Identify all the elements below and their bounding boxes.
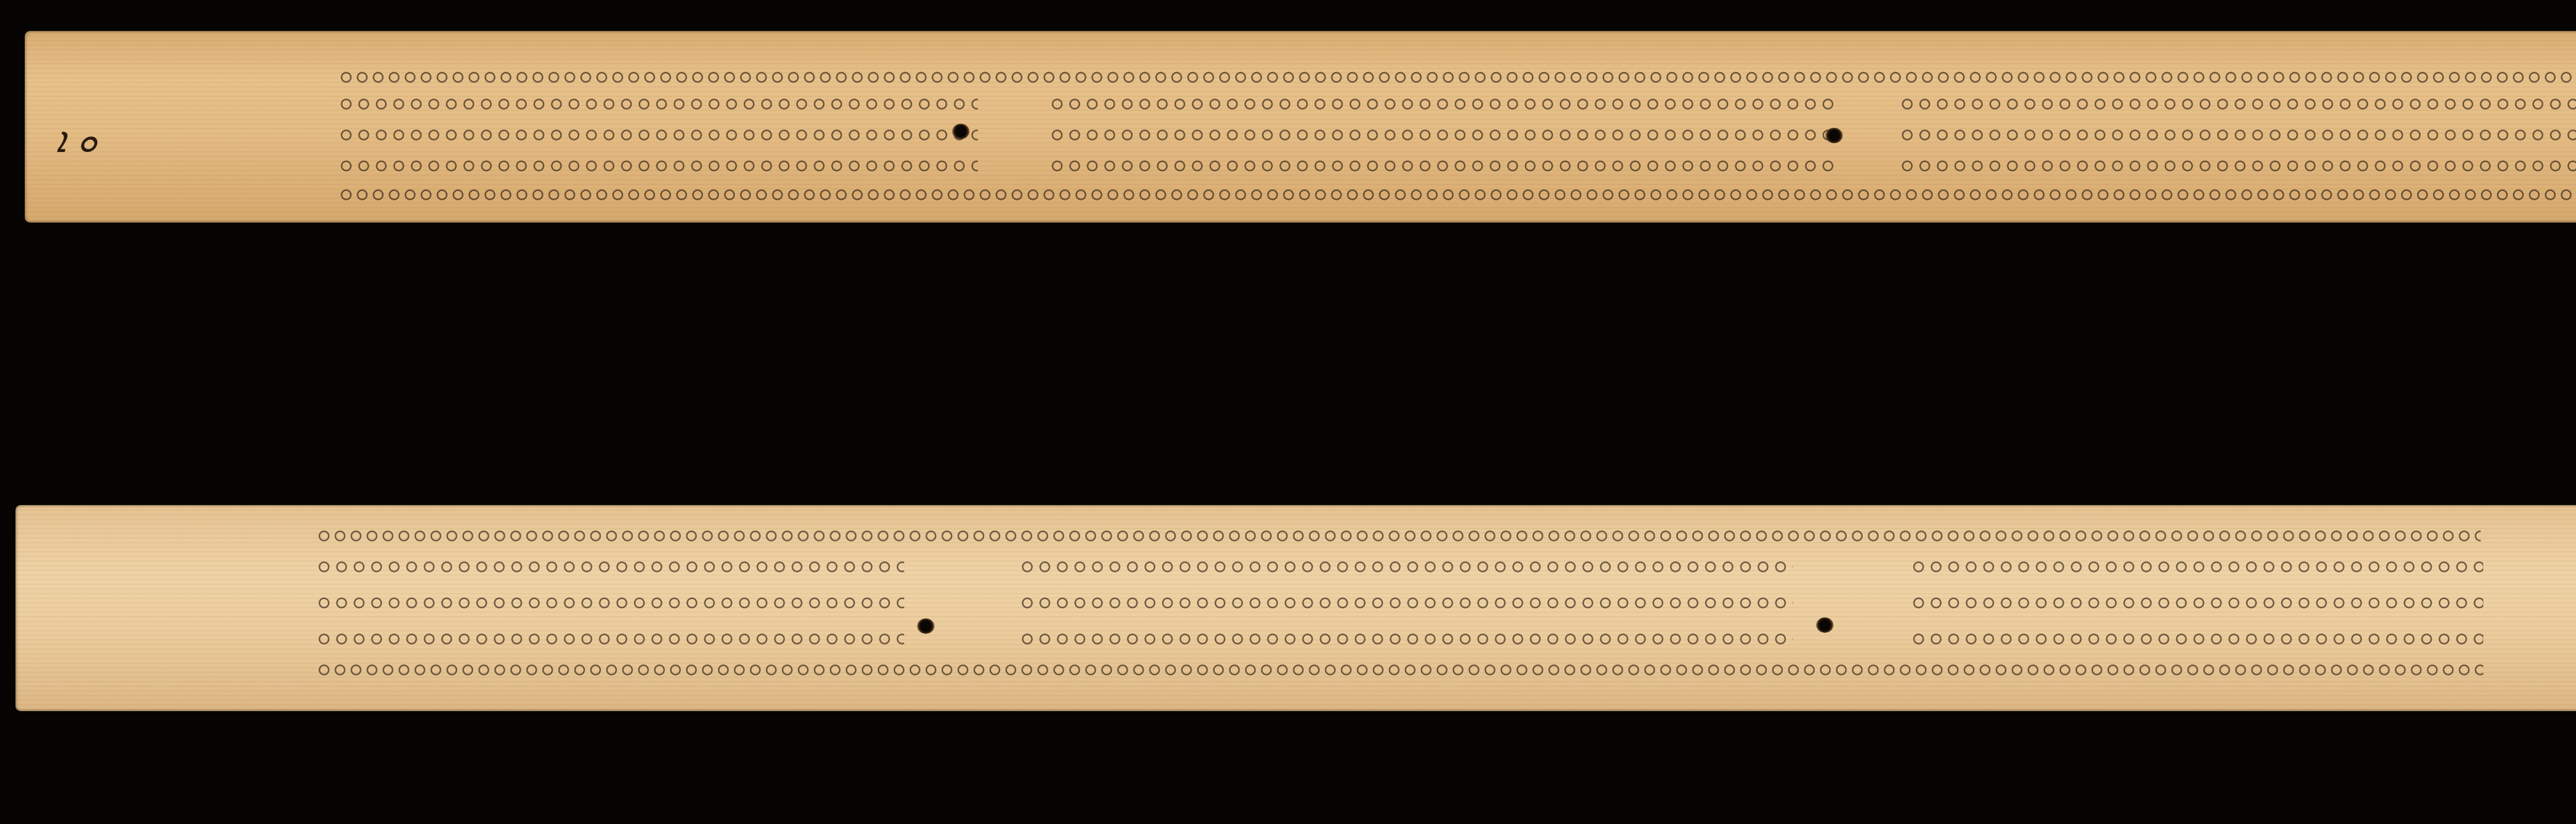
script-line bbox=[1911, 557, 2483, 577]
text-line-full-bottom bbox=[339, 184, 2576, 205]
script-line bbox=[339, 125, 978, 145]
script-line bbox=[317, 557, 904, 577]
palm-leaf-bottom bbox=[15, 505, 2576, 711]
string-hole-left bbox=[917, 618, 935, 634]
script-line bbox=[1020, 557, 1793, 577]
text-block-right bbox=[1911, 557, 2483, 649]
palm-leaf-top: ܘ ܐ bbox=[25, 31, 2576, 223]
text-line-full-bottom bbox=[317, 660, 2483, 680]
script-line bbox=[1020, 593, 1793, 613]
script-line bbox=[339, 67, 2576, 88]
string-hole-right bbox=[1816, 617, 1834, 633]
script-line bbox=[1020, 629, 1793, 649]
text-block-left bbox=[317, 557, 904, 649]
script-line bbox=[1900, 156, 2576, 176]
leaf-number-marking: ܘ ܐ bbox=[56, 119, 97, 161]
script-line bbox=[1911, 629, 2483, 649]
text-block-middle bbox=[1020, 557, 1793, 649]
script-line bbox=[1900, 125, 2576, 145]
string-hole-left bbox=[952, 124, 970, 139]
text-block-right bbox=[1900, 94, 2576, 176]
script-line bbox=[1050, 94, 1838, 114]
script-line bbox=[317, 593, 904, 613]
text-line-full-top bbox=[317, 526, 2481, 546]
script-line bbox=[339, 94, 978, 114]
script-line bbox=[1900, 94, 2576, 114]
script-line bbox=[339, 156, 978, 176]
script-line bbox=[317, 629, 904, 649]
string-hole-right bbox=[1825, 128, 1843, 143]
script-line bbox=[339, 184, 2576, 205]
text-block-left bbox=[339, 94, 978, 176]
script-line bbox=[1911, 593, 2483, 613]
script-line bbox=[1050, 125, 1838, 145]
script-line bbox=[317, 660, 2483, 680]
text-line-full-top bbox=[339, 67, 2576, 88]
script-line bbox=[317, 526, 2481, 546]
script-line bbox=[1050, 156, 1838, 176]
text-block-middle bbox=[1050, 94, 1838, 176]
